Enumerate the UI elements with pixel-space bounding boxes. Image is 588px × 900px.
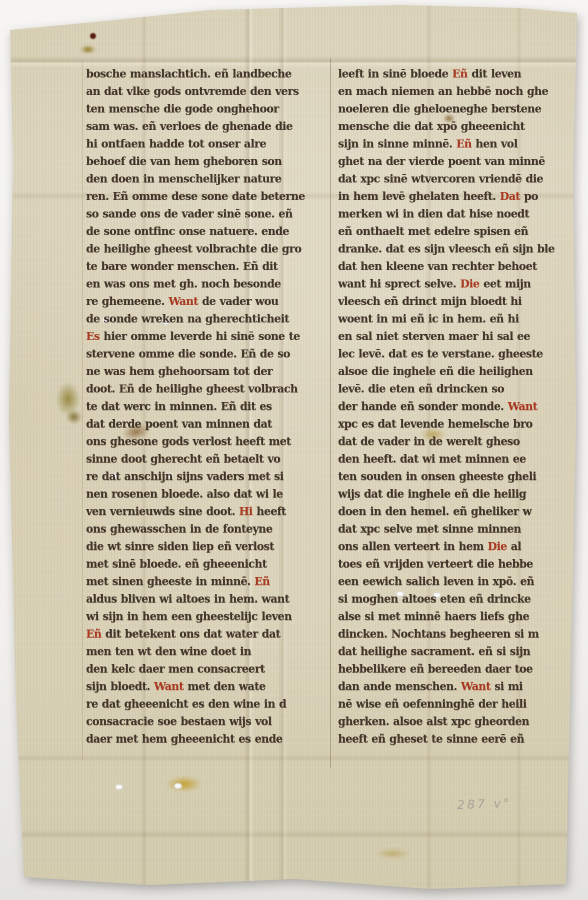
- ink-text: die wt sinre siden liep eñ verlost: [86, 540, 274, 553]
- ink-text: ghet na der vierde poent van minnē: [338, 155, 545, 168]
- wormhole: [115, 784, 123, 790]
- pencil-folio-number: 287 v°: [457, 796, 512, 812]
- ink-text: eñ onthaelt met edelre spisen eñ: [338, 225, 528, 238]
- manuscript-line: en sal niet sterven maer hi sal ee: [338, 328, 576, 346]
- ink-text: heeft: [253, 505, 286, 518]
- manuscript-line: sam was. eñ verloes de ghenade die: [86, 118, 326, 136]
- ink-text: alsoe die inghele eñ die heilighen: [338, 365, 533, 378]
- manuscript-line: ne was hem ghehoorsam tot der: [86, 363, 326, 381]
- ink-text: mensche die dat xpō gheeenicht: [338, 120, 525, 133]
- manuscript-line: re dat gheeenicht es den wine in d: [86, 695, 326, 713]
- rubricated-word: Die: [460, 277, 479, 290]
- ruling-line-center: [330, 58, 331, 768]
- ink-text: ons ghewasschen in de fonteyne: [86, 522, 272, 535]
- olive-stain-top-left: [80, 45, 96, 54]
- manuscript-line: ven vernieuwds sine doot. Hi heeft: [86, 503, 326, 521]
- manuscript-line: en mach niemen an hebbē noch ghe: [338, 83, 576, 101]
- ink-text: nen rosenen bloede. also dat wi le: [86, 487, 283, 500]
- manuscript-line: gherken. alsoe alst xpc gheorden: [338, 713, 576, 731]
- ink-text: in hem levē ghelaten heeft.: [338, 190, 500, 203]
- ink-text: dat xpc selve met sinne minnen: [338, 522, 521, 535]
- ink-text: dit betekent ons dat water dat: [101, 627, 280, 640]
- ink-text: al: [507, 540, 521, 553]
- ink-text: den doen in menschelijker nature: [86, 172, 281, 185]
- manuscript-line: den doen in menschelijker nature: [86, 170, 326, 188]
- ink-text: an dat vlke gods ontvremde den vers: [86, 85, 299, 98]
- manuscript-line: an dat vlke gods ontvremde den vers: [86, 83, 326, 101]
- rubricated-word: Eñ: [456, 137, 471, 150]
- rubricated-word: Es: [86, 330, 100, 343]
- manuscript-line: sijn bloedt. Want met den wate: [86, 678, 326, 696]
- manuscript-line: dan ande menschen. Want si mi: [338, 678, 576, 696]
- manuscript-line: en was ons met gh. noch besonde: [86, 275, 326, 293]
- manuscript-line: sijn in sinne minnē. Eñ hen vol: [338, 135, 576, 153]
- ink-text: ren. Eñ omme dese sone date beterne: [86, 190, 305, 203]
- manuscript-line: hi ontfaen hadde tot onser alre: [86, 135, 326, 153]
- rubricated-word: Eñ: [86, 627, 101, 640]
- ink-text: ven vernieuwds sine doot.: [86, 505, 239, 518]
- ink-text: want hi sprect selve.: [338, 277, 460, 290]
- ink-text: ons ghesone gods verlost heeft met: [86, 435, 291, 448]
- manuscript-line: stervene omme die sonde. Eñ de so: [86, 345, 326, 363]
- ink-text: met den wate: [184, 680, 266, 693]
- ink-text: heeft eñ gheset te sinne eerē eñ: [338, 732, 524, 745]
- manuscript-line: ten mensche die gode onghehoor: [86, 100, 326, 118]
- ink-text: wijs dat die inghele eñ die heilig: [338, 487, 526, 500]
- ink-text: met sinē bloede. eñ gheeenicht: [86, 557, 267, 570]
- manuscript-line: woent in mi eñ ic in hem. eñ hi: [338, 310, 576, 328]
- ink-text: xpc es dat levende hemelsche bro: [338, 417, 532, 430]
- manuscript-line: een eewich salich leven in xpō. eñ: [338, 573, 576, 591]
- ink-text: en was ons met gh. noch besonde: [86, 277, 281, 290]
- ink-text: een eewich salich leven in xpō. eñ: [338, 575, 534, 588]
- rubricated-word: Want: [508, 400, 538, 413]
- ink-text: doot. Eñ de heilighe gheest volbrach: [86, 382, 298, 395]
- manuscript-line: behoef die van hem gheboren son: [86, 153, 326, 171]
- ink-text: de sone ontfinc onse natuere. ende: [86, 225, 289, 238]
- manuscript-line: vleesch eñ drinct mijn bloedt hi: [338, 293, 576, 311]
- ink-text: dat hen kleene van rechter behoet: [338, 260, 537, 273]
- manuscript-line: levē. die eten eñ drincken so: [338, 380, 576, 398]
- ink-text: nē wise eñ oefenninghē der heili: [338, 697, 527, 710]
- manuscript-line: ons allen verteert in hem Die al: [338, 538, 576, 556]
- ink-text: den heeft. dat wi met minnen ee: [338, 452, 526, 465]
- ink-text: sijn in sinne minnē.: [338, 137, 456, 150]
- ink-text: dat derde poent van minnen dat: [86, 417, 272, 430]
- photograph-backdrop: { "page": { "folio_mark": "287 v°", "col…: [0, 0, 588, 900]
- ink-text: daer met hem gheeenicht es ende: [86, 732, 282, 745]
- manuscript-line: eñ onthaelt met edelre spisen eñ: [338, 223, 576, 241]
- wormhole: [174, 783, 182, 789]
- manuscript-line: si moghen altoes eten eñ drincke: [338, 590, 576, 608]
- ink-text: sam was. eñ verloes de ghenade die: [86, 120, 293, 133]
- parchment-leaf: bosche manslachtich. eñ landbechean dat …: [0, 0, 588, 900]
- ink-text: leeft in sinē bloede: [338, 67, 452, 80]
- manuscript-line: dat heilighe sacrament. eñ si sijn: [338, 643, 576, 661]
- manuscript-line: aldus bliven wi altoes in hem. want: [86, 590, 326, 608]
- manuscript-line: men ten wt den wine doet in: [86, 643, 326, 661]
- ink-text: stervene omme die sonde. Eñ de so: [86, 347, 290, 360]
- rubricated-word: Dat: [500, 190, 520, 203]
- ink-text: hi ontfaen hadde tot onser alre: [86, 137, 266, 150]
- ink-text: dan ande menschen.: [338, 680, 461, 693]
- manuscript-line: heeft eñ gheset te sinne eerē eñ: [338, 730, 576, 748]
- ink-text: re ghemeene.: [86, 295, 168, 308]
- manuscript-line: want hi sprect selve. Die eet mijn: [338, 275, 576, 293]
- rubricated-word: Die: [488, 540, 507, 553]
- ink-text: doen in den hemel. eñ gheliker w: [338, 505, 531, 518]
- ink-text: eet mijn: [479, 277, 530, 290]
- manuscript-line: te dat werc in minnen. Eñ dit es: [86, 398, 326, 416]
- manuscript-line: dincken. Nochtans begheeren si m: [338, 625, 576, 643]
- manuscript-line: lec levē. dat es te verstane. gheeste: [338, 345, 576, 363]
- manuscript-line: dat de vader in de werelt gheso: [338, 433, 576, 451]
- ink-text: merken wi in dien dat hise noedt: [338, 207, 529, 220]
- manuscript-line: sinne doot gherecht eñ betaelt vo: [86, 450, 326, 468]
- yellow-stain-bottom-right: [376, 848, 410, 859]
- ink-text: vleesch eñ drinct mijn bloedt hi: [338, 295, 522, 308]
- manuscript-line: re dat anschijn sijns vaders met si: [86, 468, 326, 486]
- text-column-left: bosche manslachtich. eñ landbechean dat …: [86, 65, 326, 748]
- yellow-stain-bottom: [166, 776, 202, 792]
- manuscript-line: mensche die dat xpō gheeenicht: [338, 118, 576, 136]
- manuscript-line: Eñ dit betekent ons dat water dat: [86, 625, 326, 643]
- ink-text: gherken. alsoe alst xpc gheorden: [338, 715, 529, 728]
- ink-text: re dat anschijn sijns vaders met si: [86, 470, 284, 483]
- rubricated-word: Want: [154, 680, 184, 693]
- manuscript-line: bosche manslachtich. eñ landbeche: [86, 65, 326, 83]
- ink-text: aldus bliven wi altoes in hem. want: [86, 592, 289, 605]
- rubricated-word: Want: [461, 680, 491, 693]
- manuscript-line: ons ghewasschen in de fonteyne: [86, 520, 326, 538]
- manuscript-line: noeleren die gheloeneghe berstene: [338, 100, 576, 118]
- manuscript-line: ten souden in onsen gheeste gheli: [338, 468, 576, 486]
- manuscript-line: de sonde wreken na gherechticheit: [86, 310, 326, 328]
- manuscript-line: hebbelikere eñ bereeden daer toe: [338, 660, 576, 678]
- manuscript-line: doen in den hemel. eñ gheliker w: [338, 503, 576, 521]
- manuscript-line: doot. Eñ de heilighe gheest volbrach: [86, 380, 326, 398]
- ink-text: en sal niet sterven maer hi sal ee: [338, 330, 530, 343]
- manuscript-line: wijs dat die inghele eñ die heilig: [338, 485, 576, 503]
- manuscript-line: consacracie soe bestaen wijs vol: [86, 713, 326, 731]
- manuscript-line: toes eñ vrijden verteert die hebbe: [338, 555, 576, 573]
- ink-text: men ten wt den wine doet in: [86, 645, 251, 658]
- manuscript-line: de heilighe gheest volbrachte die gro: [86, 240, 326, 258]
- ink-text: alse si met minnē haers liefs ghe: [338, 610, 529, 623]
- manuscript-line: daer met hem gheeenicht es ende: [86, 730, 326, 748]
- manuscript-line: wi sijn in hem een gheestelijc leven: [86, 608, 326, 626]
- ink-text: te bare wonder menschen. Eñ dit: [86, 260, 278, 273]
- manuscript-line: ren. Eñ omme dese sone date beterne: [86, 188, 326, 206]
- manuscript-line: in hem levē ghelaten heeft. Dat po: [338, 188, 576, 206]
- ink-text: de sonde wreken na gherechticheit: [86, 312, 289, 325]
- ink-text: den kelc daer men consacreert: [86, 662, 265, 675]
- manuscript-line: nē wise eñ oefenninghē der heili: [338, 695, 576, 713]
- manuscript-line: die wt sinre siden liep eñ verlost: [86, 538, 326, 556]
- ink-text: re dat gheeenicht es den wine in d: [86, 697, 286, 710]
- manuscript-line: dat hen kleene van rechter behoet: [338, 258, 576, 276]
- manuscript-line: der hande eñ sonder monde. Want: [338, 398, 576, 416]
- ink-text: ten mensche die gode onghehoor: [86, 102, 279, 115]
- rubricated-word: Eñ: [254, 575, 269, 588]
- ink-text: sinne doot gherecht eñ betaelt vo: [86, 452, 280, 465]
- manuscript-line: leeft in sinē bloede Eñ dit leven: [338, 65, 576, 83]
- ink-text: dat heilighe sacrament. eñ si sijn: [338, 645, 530, 658]
- ink-text: dincken. Nochtans begheeren si m: [338, 627, 539, 640]
- ink-text: en mach niemen an hebbē noch ghe: [338, 85, 548, 98]
- text-column-right: leeft in sinē bloede Eñ dit levenen mach…: [338, 65, 576, 748]
- manuscript-line: te bare wonder menschen. Eñ dit: [86, 258, 326, 276]
- ink-text: ten souden in onsen gheeste gheli: [338, 470, 536, 483]
- olive-stain-left-margin-2: [66, 410, 82, 424]
- ink-text: met sinen gheeste in minnē.: [86, 575, 254, 588]
- rubricated-word: Want: [168, 295, 198, 308]
- ink-text: der hande eñ sonder monde.: [338, 400, 508, 413]
- ink-text: si moghen altoes eten eñ drincke: [338, 592, 531, 605]
- ink-text: dat xpc sinē wtvercoren vriendē die: [338, 172, 543, 185]
- ink-text: dat de vader in de werelt gheso: [338, 435, 520, 448]
- ink-text: bosche manslachtich. eñ landbeche: [86, 67, 291, 80]
- ink-text: si mi: [491, 680, 523, 693]
- manuscript-line: xpc es dat levende hemelsche bro: [338, 415, 576, 433]
- rubricated-word: Hi: [239, 505, 253, 518]
- ink-text: lec levē. dat es te verstane. gheeste: [338, 347, 543, 360]
- manuscript-line: met sinē bloede. eñ gheeenicht: [86, 555, 326, 573]
- ink-text: te dat werc in minnen. Eñ dit es: [86, 400, 272, 413]
- ink-text: wi sijn in hem een gheestelijc leven: [86, 610, 292, 623]
- manuscript-line: dat xpc sinē wtvercoren vriendē die: [338, 170, 576, 188]
- ink-text: dit leven: [468, 67, 522, 80]
- ink-text: ne was hem ghehoorsam tot der: [86, 365, 272, 378]
- ink-text: levē. die eten eñ drincken so: [338, 382, 504, 395]
- ink-text: so sande ons de vader sinē sone. eñ: [86, 207, 293, 220]
- manuscript-line: den kelc daer men consacreert: [86, 660, 326, 678]
- ink-text: de vader wou: [198, 295, 278, 308]
- manuscript-line: merken wi in dien dat hise noedt: [338, 205, 576, 223]
- ink-text: toes eñ vrijden verteert die hebbe: [338, 557, 533, 570]
- ink-text: hebbelikere eñ bereeden daer toe: [338, 662, 533, 675]
- manuscript-line: met sinen gheeste in minnē. Eñ: [86, 573, 326, 591]
- ink-text: hen vol: [472, 137, 518, 150]
- ink-text: dranke. dat es sijn vleesch eñ sijn ble: [338, 242, 555, 255]
- ink-text: consacracie soe bestaen wijs vol: [86, 715, 272, 728]
- manuscript-line: alsoe die inghele eñ die heilighen: [338, 363, 576, 381]
- ink-text: noeleren die gheloeneghe berstene: [338, 102, 541, 115]
- manuscript-line: ons ghesone gods verlost heeft met: [86, 433, 326, 451]
- manuscript-line: nen rosenen bloede. also dat wi le: [86, 485, 326, 503]
- manuscript-line: dranke. dat es sijn vleesch eñ sijn ble: [338, 240, 576, 258]
- manuscript-line: Es hier omme leverde hi sinē sone te: [86, 328, 326, 346]
- ink-text: hier omme leverde hi sinē sone te: [100, 330, 300, 343]
- manuscript-line: re ghemeene. Want de vader wou: [86, 293, 326, 311]
- manuscript-line: den heeft. dat wi met minnen ee: [338, 450, 576, 468]
- ink-text: po: [520, 190, 538, 203]
- ink-text: ons allen verteert in hem: [338, 540, 488, 553]
- manuscript-line: dat xpc selve met sinne minnen: [338, 520, 576, 538]
- manuscript-line: alse si met minnē haers liefs ghe: [338, 608, 576, 626]
- ink-text: de heilighe gheest volbrachte die gro: [86, 242, 301, 255]
- ink-text: woent in mi eñ ic in hem. eñ hi: [338, 312, 519, 325]
- manuscript-line: dat derde poent van minnen dat: [86, 415, 326, 433]
- rubricated-word: Eñ: [452, 67, 467, 80]
- manuscript-line: so sande ons de vader sinē sone. eñ: [86, 205, 326, 223]
- ruling-line-left: [82, 60, 83, 760]
- ink-text: sijn bloedt.: [86, 680, 154, 693]
- ink-spot-stain: [90, 33, 96, 39]
- parchment-leaf-shadow: bosche manslachtich. eñ landbechean dat …: [0, 0, 588, 900]
- manuscript-line: ghet na der vierde poent van minnē: [338, 153, 576, 171]
- manuscript-line: de sone ontfinc onse natuere. ende: [86, 223, 326, 241]
- ink-text: behoef die van hem gheboren son: [86, 155, 282, 168]
